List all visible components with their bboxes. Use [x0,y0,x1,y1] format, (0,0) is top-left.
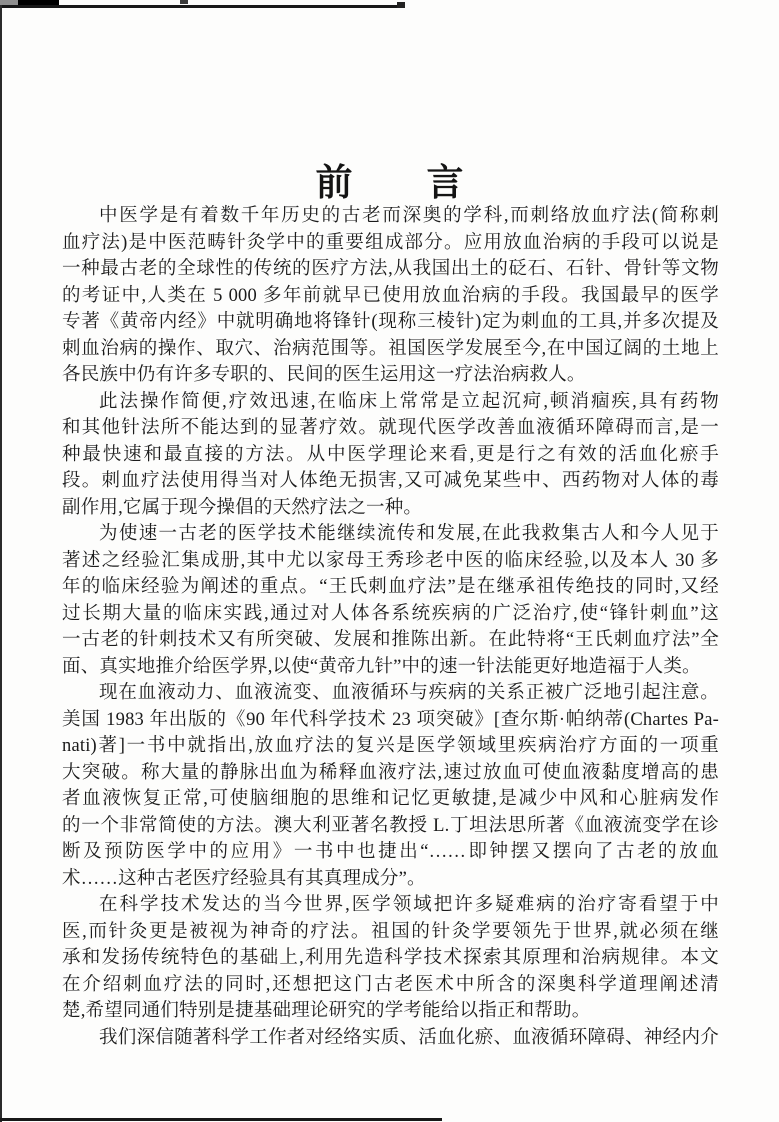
text-line: 段。刺血疗法使用得当对人体绝无损害,又可减免某些中、西药物对人体的毒 [62,468,719,495]
text-line: 一古老的针刺技术又有所突破、发展和推陈出新。在此特将“王氏刺血疗法”全 [62,627,719,654]
paragraph-6: 我们深信随著科学工作者对经络实质、活血化瘀、血液循环障碍、神经内介 [62,1025,719,1052]
page-title: 前 言 [0,152,779,206]
paragraph-4: 现在血液动力、血液流变、血液循环与疾病的关系正被广泛地引起注意。 美国 1983… [62,680,719,892]
text-line: 著述之经验汇集成册,其中尤以家母王秀珍老中医的临床经验,以及本人 30 多 [62,548,719,575]
text-line: 在介绍刺血疗法的同时,还想把这门古老医术中所含的深奥科学道理阐述清 [62,972,719,999]
scan-artifact-top-blob [18,0,59,8]
text-line: 的考证中,人类在 5 000 多年前就早已使用放血治病的手段。我国最早的医学 [62,283,719,310]
text-line: 现在血液动力、血液流变、血液循环与疾病的关系正被广泛地引起注意。 [62,680,719,707]
text-line: 美国 1983 年出版的《90 年代科学技术 23 项突破》[查尔斯·帕纳蒂(C… [62,707,719,734]
text-line: 的一个非常简使的方法。澳大利亚著名教授 L.丁坦法思所著《血液流变学在诊 [62,813,719,840]
text-line: 和其他针法所不能达到的显著疗效。就现代医学改善血液循环障碍而言,是一 [62,415,719,442]
text-line: 承和发扬传统特色的基础上,利用先造科学技术探索其原理和治病规律。本文 [62,945,719,972]
scan-artifact-top-line [0,5,405,8]
text-line: 我们深信随著科学工作者对经络实质、活血化瘀、血液循环障碍、神经内介 [62,1025,719,1052]
scan-artifact-top-gray [0,0,20,6]
text-line: 此法操作简便,疗效迅速,在临床上常常是立起沉疴,顿消痼疾,具有药物 [62,389,719,416]
paragraph-3: 为使速一古老的医学技术能继续流传和发展,在此我救集古人和今人见于 著述之经验汇集… [62,521,719,680]
text-line: 过长期大量的临床实践,通过对人体各系统疾病的广泛治疗,使“锋针刺血”这 [62,601,719,628]
paragraph-1: 中医学是有着数千年历史的古老而深奥的学科,而刺络放血疗法(简称刺 血疗法)是中医… [62,203,719,389]
scanned-book-page: 前 言 中医学是有着数千年历史的古老而深奥的学科,而刺络放血疗法(简称刺 血疗法… [0,0,779,1122]
scan-artifact-bottom-line [0,1118,442,1121]
text-line: 刺血治病的操作、取穴、治病范围等。祖国医学发展至今,在中国辽阔的土地上 [62,336,719,363]
text-line: 副作用,它属于现今操倡的天然疗法之一种。 [62,495,719,522]
text-line: 一种最古老的全球性的传统的医疗方法,从我国出土的砭石、石针、骨针等文物 [62,256,719,283]
text-line: 年的临床经验为阐述的重点。“王氏刺血疗法”是在继承祖传绝技的同时,又经 [62,574,719,601]
text-line: 各民族中仍有许多专职的、民间的医生运用这一疗法治病救人。 [62,362,719,389]
text-line: 医,而针灸更是被视为神奇的疗法。祖国的针灸学要领先于世界,就必须在继 [62,919,719,946]
text-line: 者血液恢复正常,可使脑细胞的思维和记忆更敏捷,是减少中风和心脏病发作 [62,786,719,813]
text-line: 断及预防医学中的应用》一书中也捷出“……即钟摆又摆向了古老的放血 [62,839,719,866]
text-line: 在科学技术发达的当今世界,医学领域把许多疑难病的治疗寄看望于中 [62,892,719,919]
scan-artifact-top-tip [397,2,405,8]
paragraph-5: 在科学技术发达的当今世界,医学领域把许多疑难病的治疗寄看望于中 医,而针灸更是被… [62,892,719,1025]
text-line: 大突破。称大量的静脉出血为稀释血液疗法,速过放血可使血液黏度增高的患 [62,760,719,787]
preface-body: 中医学是有着数千年历史的古老而深奥的学科,而刺络放血疗法(简称刺 血疗法)是中医… [62,203,719,1051]
text-line: 中医学是有着数千年历史的古老而深奥的学科,而刺络放血疗法(简称刺 [62,203,719,230]
text-line: 楚,希望同通们特别是捷基础理论研究的学考能给以指正和帮助。 [62,998,719,1025]
scan-artifact-top-tick [180,0,188,4]
text-line: 种最快速和最直接的方法。从中医学理论来看,更是行之有效的活血化瘀手 [62,442,719,469]
text-line: 为使速一古老的医学技术能继续流传和发展,在此我救集古人和今人见于 [62,521,719,548]
text-line: 面、真实地推介给医学界,以使“黄帝九针”中的速一针法能更好地造福于人类。 [62,654,719,681]
text-line: 专著《黄帝内经》中就明确地将锋针(现称三棱针)定为刺血的工具,并多次提及 [62,309,719,336]
paragraph-2: 此法操作简便,疗效迅速,在临床上常常是立起沉疴,顿消痼疾,具有药物 和其他针法所… [62,389,719,522]
text-line: nati)著]一书中就指出,放血疗法的复兴是医学领域里疾病治疗方面的一项重 [62,733,719,760]
text-line: 术……这种古老医疗经验具有其真理成分”。 [62,866,719,893]
text-line: 血疗法)是中医范畴针灸学中的重要组成部分。应用放血治病的手段可以说是 [62,230,719,257]
